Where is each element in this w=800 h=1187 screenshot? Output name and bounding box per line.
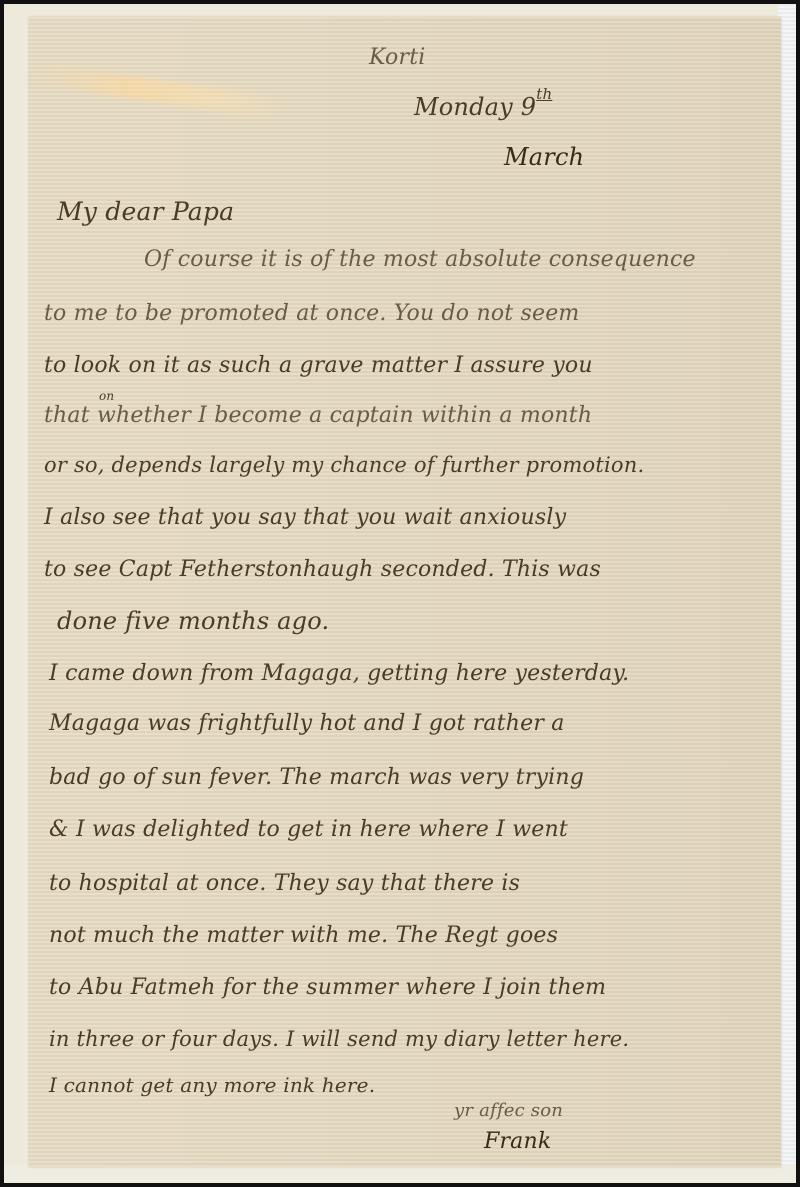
body-line: in three or four days. I will send my di… [49, 1027, 629, 1051]
body-line: to Abu Fatmeh for the summer where I joi… [49, 975, 606, 1000]
signature: Frank [484, 1129, 551, 1154]
date-day: Monday 9 [414, 93, 536, 121]
body-line: Of course it is of the most absolute con… [144, 247, 696, 272]
body-line: Magaga was frightfully hot and I got rat… [49, 711, 565, 736]
letter-place: Korti [369, 45, 425, 70]
body-line: to me to be promoted at once. You do not… [44, 301, 580, 326]
date-day-suffix: th [536, 85, 552, 103]
valediction: yr affec son [454, 1100, 563, 1121]
body-line: to see Capt Fetherstonhaugh seconded. Th… [44, 557, 601, 582]
body-line: I came down from Magaga, getting here ye… [49, 661, 629, 686]
body-line: done five months ago. [57, 607, 329, 635]
letter-date-month: March [504, 143, 584, 171]
light-glare [27, 62, 288, 120]
body-line: to look on it as such a grave matter I a… [44, 353, 593, 378]
body-line: to hospital at once. They say that there… [49, 871, 520, 896]
body-line: I also see that you say that you wait an… [44, 505, 566, 530]
letter-page: Korti Monday 9th March My dear Papa Of c… [29, 17, 781, 1167]
body-line: not much the matter with me. The Regt go… [49, 923, 558, 948]
inserted-word: on [99, 389, 114, 403]
body-line: bad go of sun fever. The march was very … [49, 765, 584, 790]
body-line: that whether I become a captain within a… [44, 403, 592, 428]
body-line: & I was delighted to get in here where I… [49, 817, 568, 842]
letter-date-day: Monday 9th [414, 93, 552, 121]
salutation: My dear Papa [57, 197, 234, 226]
body-line: or so, depends largely my chance of furt… [44, 453, 644, 477]
body-line: I cannot get any more ink here. [49, 1073, 375, 1097]
mount-edge-bottom [4, 1165, 796, 1183]
